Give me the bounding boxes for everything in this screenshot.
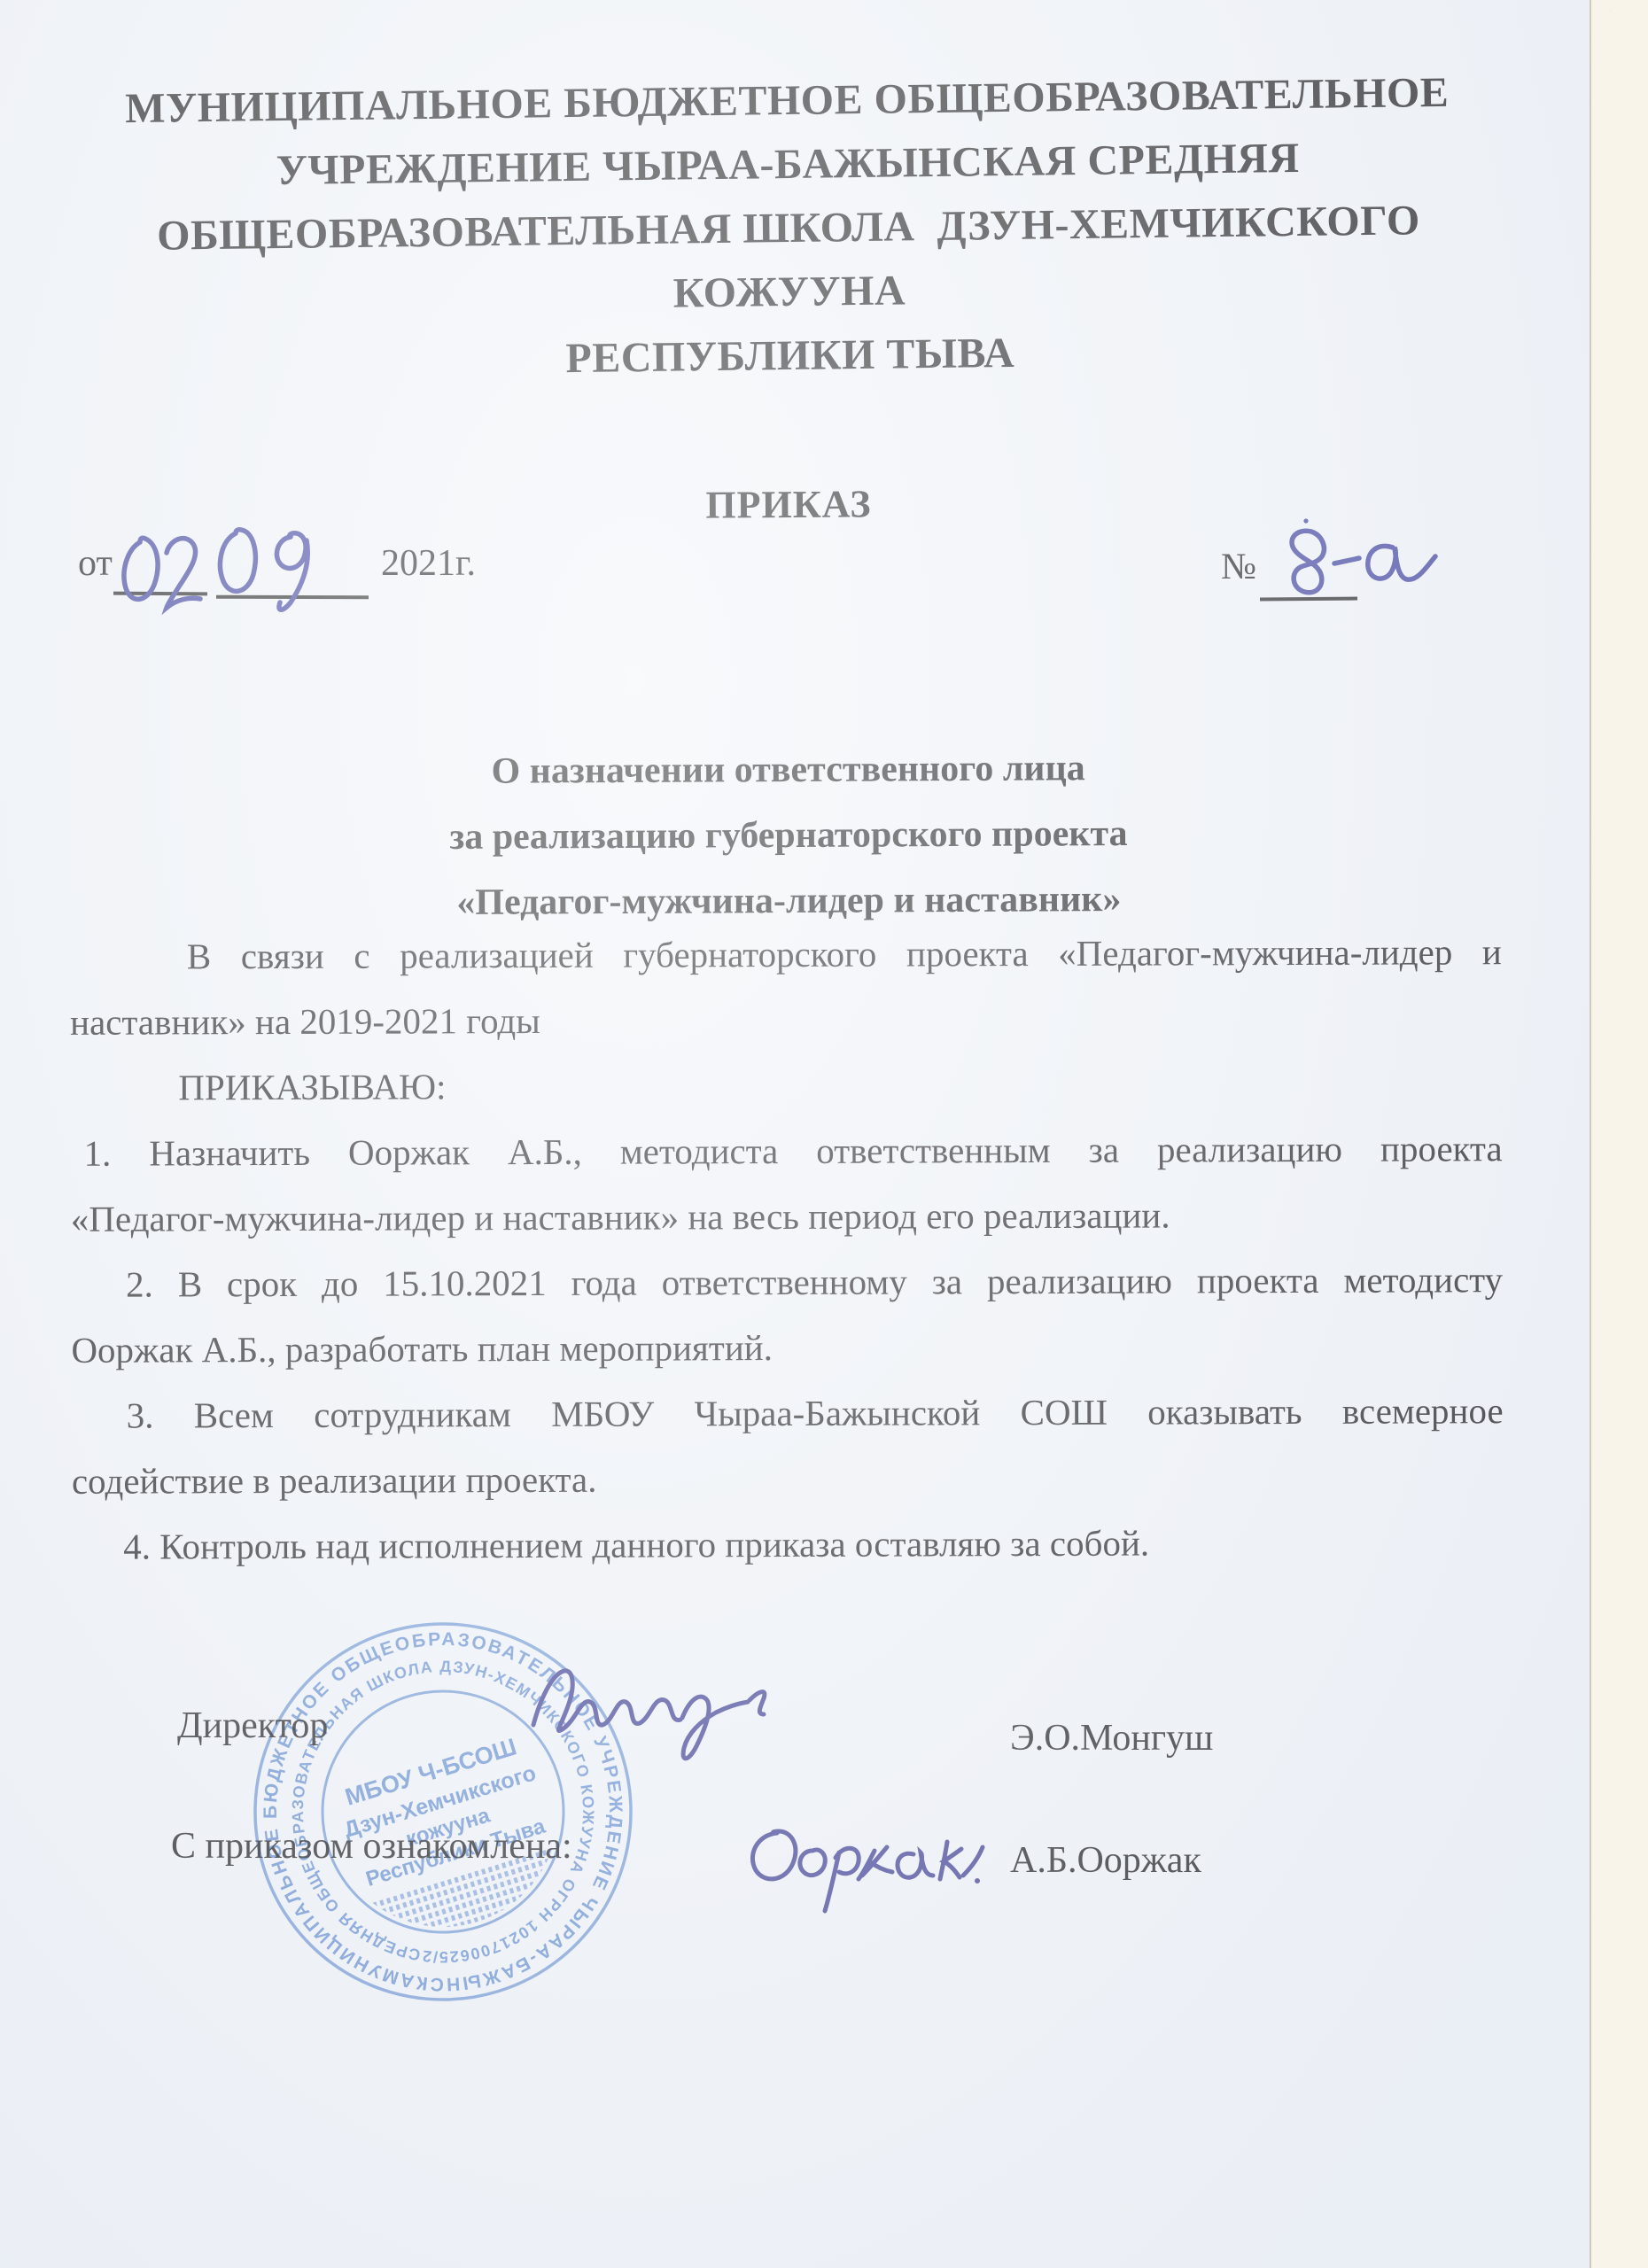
text-line: содействие в реализации проекта. [72,1443,1504,1514]
order-item-1: 1. Назначить Ооржак А.Б., методиста отве… [70,1115,1503,1252]
handwritten-date-day [115,521,222,618]
text-line: «Педагог-мужчина-лидер и наставник» на в… [71,1181,1503,1252]
handwritten-order-number [1276,512,1453,610]
text-line: наставник» на 2019-2021 годы [70,984,1502,1055]
text-line: ПРИКАЗЫВАЮ: [70,1050,1502,1121]
text-line: за реализацию губернаторского проекта [75,799,1502,872]
scanner-edge-strip [1590,0,1648,2268]
order-item-3: 3. Всем сотрудникам МБОУ Чыраа-Бажынской… [72,1378,1504,1514]
text-line: 3. Всем сотрудникам МБОУ Чыраа-Бажынской… [72,1378,1504,1449]
acknowledged-signature [740,1803,988,1927]
date-prefix-label: от [78,542,113,585]
text-line: 1. Назначить Ооржак А.Б., методиста отве… [70,1115,1502,1186]
text-line: ОБЩЕОБРАЗОВАТЕЛЬНАЯ ШКОЛА ДЗУН-ХЕМЧИКСКО… [75,188,1504,333]
intro-paragraph: В связи с реализацией губернаторского пр… [70,919,1503,1055]
director-name: Э.О.Монгуш [1010,1717,1213,1759]
date-year-label: 2021г. [381,542,476,585]
acknowledged-name: А.Б.Ооржак [1010,1839,1201,1882]
text-line: О назначении ответственного лица [74,734,1501,806]
handwritten-date-month [214,517,330,624]
text-line: 4. Контроль над исполнением данного прик… [72,1509,1504,1580]
order-number-label: № [1221,546,1256,588]
order-item-2: 2. В срок до 15.10.2021 года ответственн… [71,1247,1504,1383]
command-word: ПРИКАЗЫВАЮ: [70,1050,1502,1121]
order-item-4: 4. Контроль над исполнением данного прик… [72,1509,1504,1580]
order-body: В связи с реализацией губернаторского пр… [70,919,1504,1580]
order-title: О назначении ответственного лицаза реали… [74,734,1502,937]
director-signature [523,1652,780,1776]
text-line: Ооржак А.Б., разработать план мероприяти… [71,1312,1503,1383]
scanned-order-document: МУНИЦИПАЛЬНОЕ БЮДЖЕТНОЕ ОБЩЕОБРАЗОВАТЕЛЬ… [0,0,1648,2268]
text-line: В связи с реализацией губернаторского пр… [70,919,1502,990]
letterhead: МУНИЦИПАЛЬНОЕ БЮДЖЕТНОЕ ОБЩЕОБРАЗОВАТЕЛЬ… [74,60,1504,397]
text-line: 2. В срок до 15.10.2021 года ответственн… [71,1247,1503,1317]
